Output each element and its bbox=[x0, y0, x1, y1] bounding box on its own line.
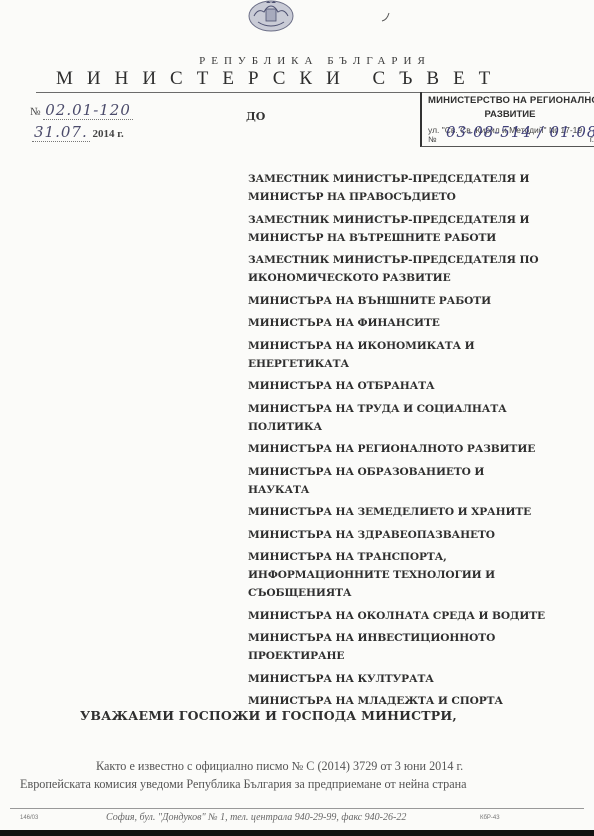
addressee-item: МИНИСТЪРА НА ЗДРАВЕОПАЗВАНЕТО bbox=[248, 526, 548, 544]
addressee-item: ЗАМЕСТНИК МИНИСТЪР-ПРЕДСЕДАТЕЛЯ И МИНИСТ… bbox=[248, 211, 548, 247]
footer-divider bbox=[10, 808, 584, 809]
letterhead-council: МИНИСТЕРСКИ СЪВЕТ bbox=[56, 68, 506, 90]
stamp-year-suffix: г. bbox=[590, 135, 594, 144]
footer-address: София, бул. "Дондуков" № 1, тел. централ… bbox=[106, 812, 406, 823]
addressee-item: МИНИСТЪРА НА ИКОНОМИКАТА И ЕНЕРГЕТИКАТА bbox=[248, 337, 548, 373]
body-line-1: Както е известно с официално писмо № C (… bbox=[20, 757, 580, 775]
scan-edge bbox=[0, 830, 594, 836]
letter-body: Както е известно с официално писмо № C (… bbox=[20, 757, 580, 793]
addressee-item: МИНИСТЪРА НА ЗЕМЕДЕЛИЕТО И ХРАНИТЕ bbox=[248, 503, 548, 521]
stamp-line-2: РАЗВИТИЕ bbox=[422, 109, 594, 120]
addressee-item: ЗАМЕСТНИК МИНИСТЪР-ПРЕДСЕДАТЕЛЯ И МИНИСТ… bbox=[248, 170, 548, 206]
addressee-item: МИНИСТЪРА НА ОБРАЗОВАНИЕТО И НАУКАТА bbox=[248, 463, 548, 499]
addressee-item: МИНИСТЪРА НА ФИНАНСИТЕ bbox=[248, 314, 548, 332]
addressee-item: МИНИСТЪРА НА КУЛТУРАТА bbox=[248, 670, 548, 688]
addressee-item: МИНИСТЪРА НА ВЪНШНИТЕ РАБОТИ bbox=[248, 292, 548, 310]
addressee-item: МИНИСТЪРА НА ОКОЛНАТА СРЕДА И ВОДИТЕ bbox=[248, 607, 548, 625]
pen-mark-icon bbox=[380, 12, 390, 22]
addressee-item: МИНИСТЪРА НА ИНВЕСТИЦИОННОТО ПРОЕКТИРАНЕ bbox=[248, 629, 548, 665]
addressee-item: ЗАМЕСТНИК МИНИСТЪР-ПРЕДСЕДАТЕЛЯ ПО ИКОНО… bbox=[248, 251, 548, 287]
addressee-item: МИНИСТЪРА НА ТРУДА И СОЦИАЛНАТА ПОЛИТИКА bbox=[248, 400, 548, 436]
addressee-item: МИНИСТЪРА НА ТРАНСПОРТА, ИНФОРМАЦИОННИТЕ… bbox=[248, 548, 548, 602]
registration-number-prefix: № bbox=[30, 106, 41, 118]
footer-right-code: КбР-43 bbox=[480, 815, 500, 821]
letterhead-republic: РЕПУБЛИКА БЪЛГАРИЯ bbox=[0, 55, 594, 67]
stamp-line-1: МИНИСТЕРСТВО НА РЕГИОНАЛНОТО bbox=[428, 95, 594, 106]
to-label: ДО bbox=[246, 110, 265, 123]
registration-year: 2014 г. bbox=[92, 128, 123, 140]
registration-date-value: 31.07. bbox=[32, 123, 90, 142]
addressee-list: ЗАМЕСТНИК МИНИСТЪР-ПРЕДСЕДАТЕЛЯ И МИНИСТ… bbox=[248, 170, 548, 715]
scanned-letter: РЕПУБЛИКА БЪЛГАРИЯ МИНИСТЕРСКИ СЪВЕТ № 0… bbox=[0, 0, 594, 836]
stamp-handwritten-number: 03-08-514 / 01.08.14 bbox=[446, 123, 594, 141]
addressee-item: МИНИСТЪРА НА РЕГИОНАЛНОТО РАЗВИТИЕ bbox=[248, 440, 548, 458]
body-line-2: Европейската комисия уведоми Република Б… bbox=[20, 775, 580, 793]
stamp-number-prefix: № bbox=[428, 135, 437, 144]
footer-left-code: 146/03 bbox=[20, 815, 38, 821]
addressee-item: МИНИСТЪРА НА ОТБРАНАТА bbox=[248, 377, 548, 395]
registration-date: 31.07. 2014 г. bbox=[32, 123, 124, 141]
salutation: УВАЖАЕМИ ГОСПОЖИ И ГОСПОДА МИНИСТРИ, bbox=[80, 708, 457, 723]
registration-number: № 02.01-120 bbox=[30, 101, 133, 119]
coat-of-arms-icon bbox=[240, 0, 302, 32]
registration-number-value: 02.01-120 bbox=[43, 101, 133, 120]
incoming-registration-stamp: МИНИСТЕРСТВО НА РЕГИОНАЛНОТО РАЗВИТИЕ ул… bbox=[420, 92, 594, 147]
